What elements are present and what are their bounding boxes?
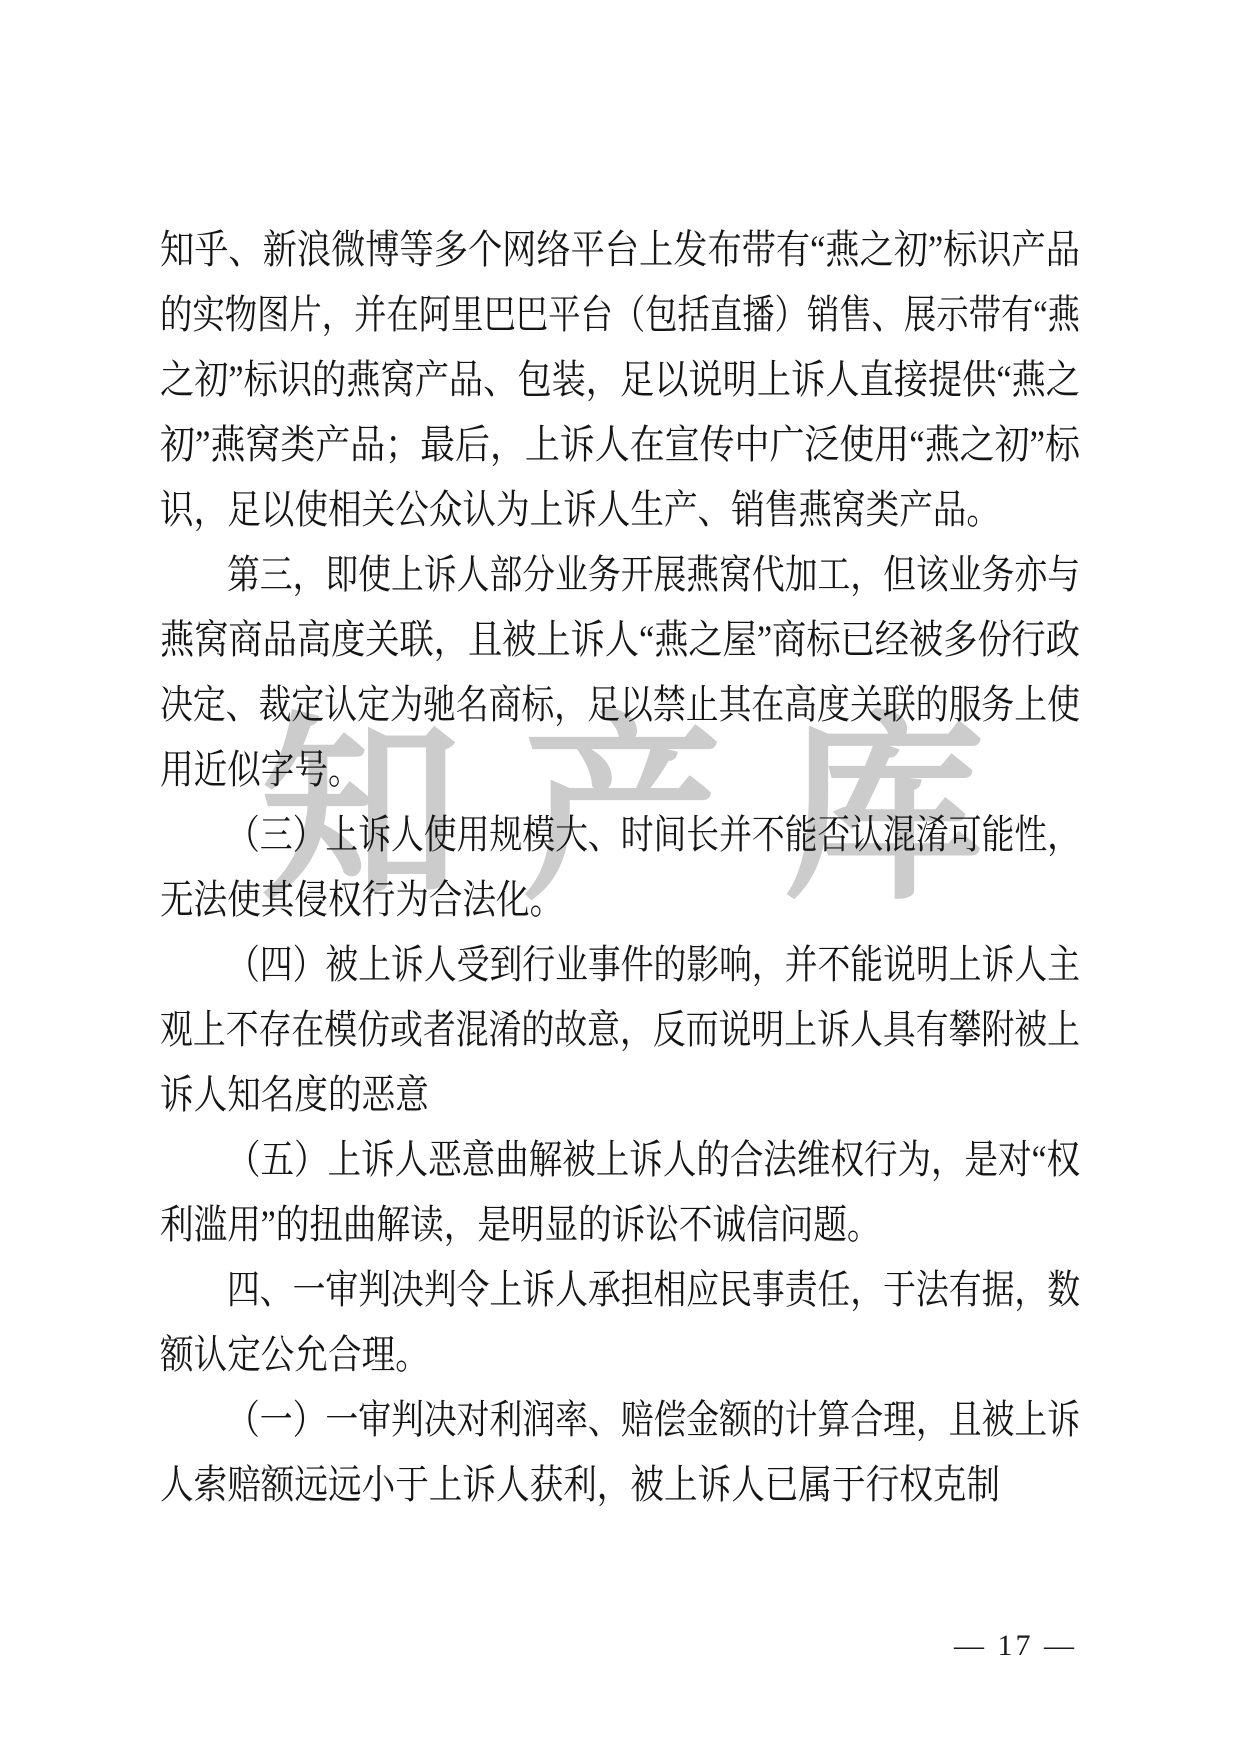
text-line: 燕窝商品高度关联，且被上诉人“燕之屋”商标已经被多份行政 bbox=[160, 607, 1080, 672]
text-line: 无法使其侵权行为合法化。 bbox=[160, 867, 1080, 932]
text-line: 第三，即使上诉人部分业务开展燕窝代加工，但该业务亦与 bbox=[160, 542, 1080, 607]
text-line: 诉人知名度的恶意 bbox=[160, 1062, 1080, 1127]
text-line: 人索赔额远远小于上诉人获利，被上诉人已属于行权克制 bbox=[160, 1452, 1080, 1517]
text-line: 决定、裁定认定为驰名商标，足以禁止其在高度关联的服务上使 bbox=[160, 672, 1080, 737]
page-number: — 17 — bbox=[954, 1628, 1077, 1664]
text-line: （一）一审判决对利润率、赔偿金额的计算合理，且被上诉 bbox=[160, 1387, 1080, 1452]
text-line: 初”燕窝类产品；最后，上诉人在宣传中广泛使用“燕之初”标 bbox=[160, 412, 1080, 477]
text-line: 知乎、新浪微博等多个网络平台上发布带有“燕之初”标识产品 bbox=[160, 217, 1080, 282]
text-line: （四）被上诉人受到行业事件的影响，并不能说明上诉人主 bbox=[160, 932, 1080, 997]
text-line: 的实物图片，并在阿里巴巴平台（包括直播）销售、展示带有“燕 bbox=[160, 282, 1080, 347]
text-line: （三）上诉人使用规模大、时间长并不能否认混淆可能性， bbox=[160, 802, 1080, 867]
text-line: 利滥用”的扭曲解读，是明显的诉讼不诚信问题。 bbox=[160, 1192, 1080, 1257]
text-line: 四、一审判决判令上诉人承担相应民事责任，于法有据，数 bbox=[160, 1257, 1080, 1322]
document-page: 知产库 知乎、新浪微博等多个网络平台上发布带有“燕之初”标识产品 的实物图片，并… bbox=[0, 0, 1240, 1753]
text-line: 识，足以使相关公众认为上诉人生产、销售燕窝类产品。 bbox=[160, 477, 1080, 542]
text-line: 额认定公允合理。 bbox=[160, 1322, 1080, 1387]
text-line: 之初”标识的燕窝产品、包装，足以说明上诉人直接提供“燕之 bbox=[160, 347, 1080, 412]
text-line: （五）上诉人恶意曲解被上诉人的合法维权行为，是对“权 bbox=[160, 1127, 1080, 1192]
text-block: 知乎、新浪微博等多个网络平台上发布带有“燕之初”标识产品 的实物图片，并在阿里巴… bbox=[160, 217, 1080, 1517]
text-line: 用近似字号。 bbox=[160, 737, 1080, 802]
text-line: 观上不存在模仿或者混淆的故意，反而说明上诉人具有攀附被上 bbox=[160, 997, 1080, 1062]
